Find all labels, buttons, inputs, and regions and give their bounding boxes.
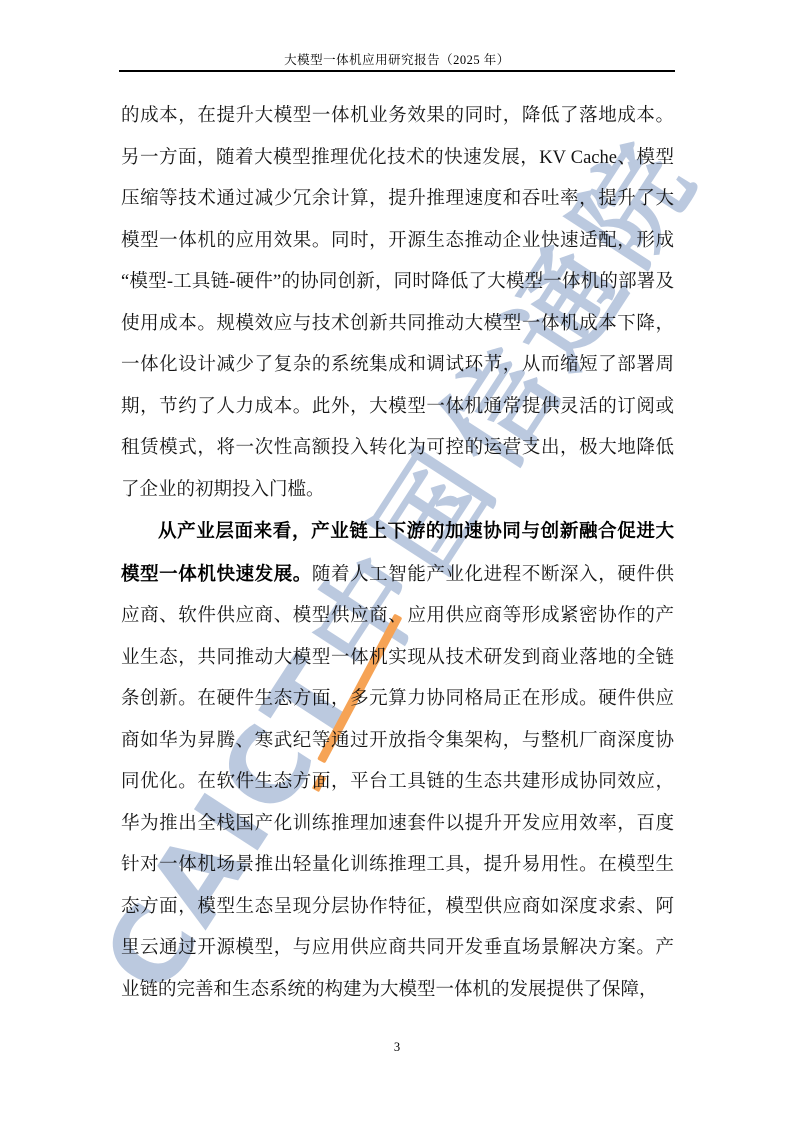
report-header-title: 大模型一体机应用研究报告（2025 年） xyxy=(0,50,794,68)
page-number: 3 xyxy=(0,1040,794,1055)
document-page: 大模型一体机应用研究报告（2025 年） CAICT中国信通院 的成本，在提升大… xyxy=(0,0,794,1123)
paragraph-cost-reduction: 的成本，在提升大模型一体机业务效果的同时，降低了落地成本。另一方面，随着大模型推… xyxy=(121,96,674,511)
paragraph-industry-chain-text: 随着人工智能产业化进程不断深入，硬件供应商、软件供应商、模型供应商、应用供应商等… xyxy=(121,565,674,1000)
paragraph-industry-chain: 从产业层面来看，产业链上下游的加速协同与创新融合促进大模型一体机快速发展。随着人… xyxy=(121,511,674,1011)
header-rule xyxy=(119,70,675,72)
body-content: 的成本，在提升大模型一体机业务效果的同时，降低了落地成本。另一方面，随着大模型推… xyxy=(121,96,674,1011)
